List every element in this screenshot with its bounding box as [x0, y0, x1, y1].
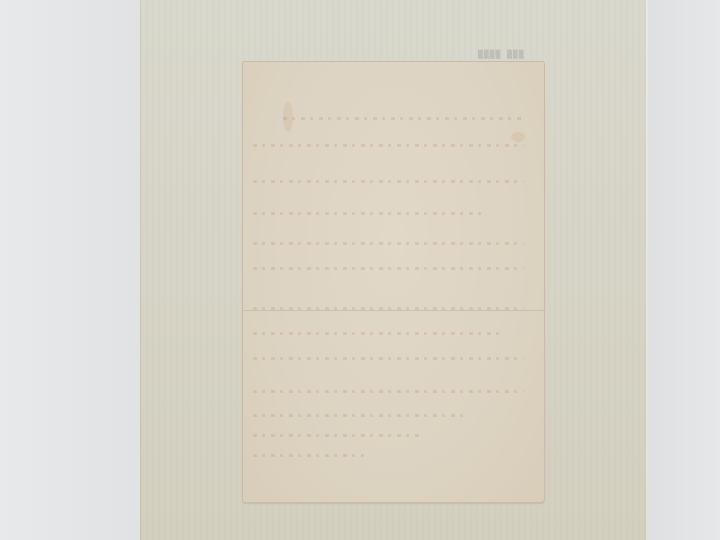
faded-text-line — [253, 144, 524, 147]
faded-text-line — [253, 390, 524, 393]
fold-crease — [243, 310, 544, 311]
faded-text-line — [253, 267, 524, 270]
faded-text-line — [253, 454, 364, 457]
faded-text-line — [253, 212, 484, 215]
faded-text-line — [253, 357, 524, 360]
photo-backdrop-left — [0, 0, 140, 540]
faded-text-line — [253, 242, 524, 245]
faded-text-line — [253, 180, 524, 183]
faded-text-line — [253, 332, 504, 335]
manuscript-page — [242, 61, 545, 503]
faded-text-line — [253, 414, 464, 417]
photo-backdrop-right — [648, 0, 720, 540]
accession-stamp: ▒▒▒▒ ▒▒▒ — [478, 50, 525, 59]
faded-text-line — [253, 434, 424, 437]
faded-text-line — [283, 117, 524, 120]
ink-stain — [511, 132, 525, 142]
faded-text-line — [253, 307, 524, 310]
